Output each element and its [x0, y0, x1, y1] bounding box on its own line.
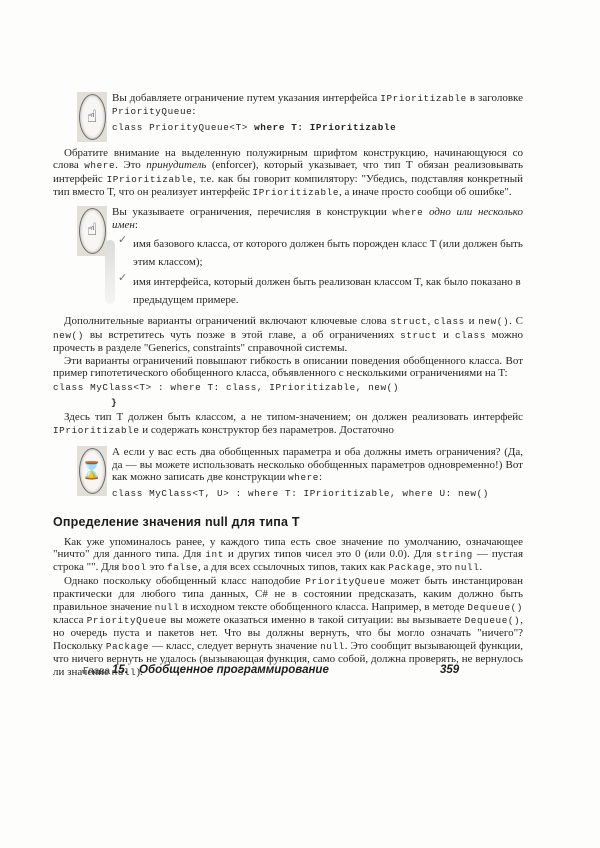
text-run: Вы указываете ограничения, перечисляя в … — [112, 206, 392, 218]
text-run: и — [437, 329, 455, 341]
text-run: вы встретитесь чуть позже в этой главе, … — [84, 329, 400, 341]
checklist: ✓ имя базового класса, от которого долже… — [112, 234, 523, 308]
text-run: Здесь тип T должен быть классом, а не ти… — [64, 411, 523, 423]
section-heading-null-for-t: Определение значения null для типа T — [53, 515, 523, 529]
note-block-where-names: ☝ Вы указываете ограничения, перечисляя … — [53, 206, 523, 311]
paragraph-constraint-flexibility: Эти варианты ограничений повышают гибкос… — [53, 355, 523, 380]
text-run: new() — [53, 330, 84, 341]
text-run: false — [167, 562, 198, 573]
text-run: , а для всех ссылочных типов, таких как — [198, 561, 388, 573]
text-run: class — [434, 316, 465, 327]
text-run: Package — [106, 641, 149, 652]
text-run: вы можете оказаться именно в такой ситуа… — [167, 614, 465, 626]
checkmark-icon: ✓ — [118, 233, 127, 246]
text-run: Вы добавляете ограничение путем указания… — [112, 92, 380, 104]
text-run: struct — [400, 330, 437, 341]
paragraph-additional-constraints: Дополнительные варианты ограничений вклю… — [53, 315, 523, 354]
checkmark-icon: ✓ — [118, 271, 127, 284]
paragraph-enforcer: Обратите внимание на выделенную полужирн… — [53, 147, 523, 200]
text-run: PriorityQueue — [87, 615, 167, 626]
text-run: class — [455, 330, 486, 341]
code-line-priorityqueue-where: class PriorityQueue<T> where T: IPriorit… — [112, 121, 523, 134]
text-run: в исходном тексте обобщенного класса. На… — [179, 601, 467, 613]
text-run: . Это — [115, 159, 146, 171]
note-block-constraint-interface: ☝ Вы добавляете ограничение путем указан… — [53, 92, 523, 142]
text-run: Package — [388, 562, 431, 573]
scanned-book-page: ☝ Вы добавляете ограничение путем указан… — [0, 0, 600, 848]
text-run: , а иначе просто сообщи об ошибке". — [339, 186, 512, 198]
text-run: Dequeue() — [465, 615, 521, 626]
text-run: int — [205, 549, 224, 560]
text-run: IPrioritizable — [107, 174, 194, 185]
text-run: и — [465, 315, 478, 327]
page-content: ☝ Вы добавляете ограничение путем указан… — [53, 92, 523, 679]
checklist-item-text: имя базового класса, от которого должен … — [133, 238, 523, 268]
text-run: и содержать конструктор без параметров. … — [140, 424, 394, 436]
text-run: IPrioritizable — [380, 93, 467, 104]
icon-oval-frame: ☝ — [79, 208, 106, 254]
checklist-item: ✓ имя интерфейса, который должен быть ре… — [118, 272, 523, 308]
pointing-hand-glyph: ☝ — [87, 222, 97, 239]
note-body: А если у вас есть два обобщенных парамет… — [112, 446, 523, 500]
text-run: . — [479, 561, 482, 573]
text-run: PriorityQueue — [112, 106, 192, 117]
text-run: null — [320, 641, 345, 652]
text-run: bool — [122, 562, 147, 573]
icon-oval-frame: ⌛ — [79, 448, 106, 494]
icon-oval-frame: ☝ — [79, 94, 106, 140]
text-run: struct — [390, 316, 427, 327]
text-run: where — [288, 472, 319, 483]
chapter-title: Обобщенное программирование — [139, 664, 329, 676]
text-run: : — [192, 105, 195, 117]
code-block-myclass: class MyClass<T> : where T: class, IPrio… — [53, 381, 523, 409]
text-run: : — [319, 471, 322, 483]
text-run: имя базового класса, от которого должен … — [133, 238, 523, 268]
text-run: в заголовке — [467, 92, 523, 104]
text-run: имя интерфейса, который должен быть реал… — [133, 276, 521, 306]
text-run: . С — [509, 315, 523, 327]
checklist-item: ✓ имя базового класса, от которого долже… — [118, 234, 523, 270]
text-run: — класс, следует вернуть значение — [149, 640, 320, 652]
text-run: Dequeue() — [467, 602, 523, 613]
text-run: new() — [478, 316, 509, 327]
text-run: string — [436, 549, 473, 560]
page-number: 359 — [440, 664, 459, 676]
text-run: class MyClass<T, U> : where T: IPrioriti… — [112, 488, 489, 499]
note-paragraph: Вы указываете ограничения, перечисляя в … — [112, 206, 523, 232]
text-run: } — [111, 397, 117, 408]
note-paragraph: А если у вас есть два обобщенных парамет… — [112, 446, 523, 484]
hourglass-icon: ⌛ — [77, 446, 107, 496]
text-run: null — [155, 602, 180, 613]
note-body: Вы добавляете ограничение путем указания… — [112, 92, 523, 135]
pointing-hand-glyph: ☝ — [87, 109, 97, 126]
paragraph-type-requirements: Здесь тип T должен быть классом, а не ти… — [53, 411, 523, 437]
code-line-myclass-two-params: class MyClass<T, U> : where T: IPrioriti… — [112, 487, 523, 500]
text-run: и других типов чисел это 0 (или 0.0). Дл… — [224, 548, 436, 560]
chapter-word: Глава — [83, 666, 110, 677]
code-line-myclass: class MyClass<T> : where T: class, IPrio… — [53, 381, 523, 394]
hourglass-glyph: ⌛ — [81, 463, 102, 480]
pointing-hand-icon: ☝ — [77, 206, 107, 256]
text-run: класса — [53, 614, 87, 626]
chapter-number: 15. — [112, 664, 128, 676]
text-run: class MyClass<T> : where T: class, IPrio… — [53, 382, 399, 393]
text-run: PriorityQueue — [305, 576, 385, 587]
code-line-closing-brace: } — [53, 396, 523, 409]
text-run: IPrioritizable — [253, 187, 340, 198]
checklist-item-text: имя интерфейса, который должен быть реал… — [133, 276, 521, 306]
text-run: Эти варианты ограничений повышают гибкос… — [53, 355, 523, 379]
text-run: это — [147, 561, 167, 573]
note-paragraph: Вы добавляете ограничение путем указания… — [112, 92, 523, 119]
text-run: null — [455, 562, 480, 573]
text-run: , это — [432, 561, 455, 573]
paragraph-default-values: Как уже упоминалось ранее, у каждого тип… — [53, 536, 523, 575]
pointing-hand-icon: ☝ — [77, 92, 107, 142]
text-run: where T: IPrioritizable — [254, 122, 396, 133]
text-run: class PriorityQueue<T> — [112, 122, 254, 133]
text-run: IPrioritizable — [53, 425, 140, 436]
text-run: : — [135, 219, 138, 231]
text-run: Однако поскольку обобщенный класс наподо… — [64, 575, 305, 587]
text-run: Дополнительные варианты ограничений вклю… — [64, 315, 390, 327]
note-body: Вы указываете ограничения, перечисляя в … — [112, 206, 523, 311]
text-run: where — [84, 160, 115, 171]
text-run: where — [392, 207, 423, 218]
page-footer: Глава 15. Обобщенное программирование 35… — [0, 664, 600, 684]
text-run: принудитель — [146, 159, 206, 171]
note-block-two-generic-params: ⌛ А если у вас есть два обобщенных парам… — [53, 446, 523, 500]
